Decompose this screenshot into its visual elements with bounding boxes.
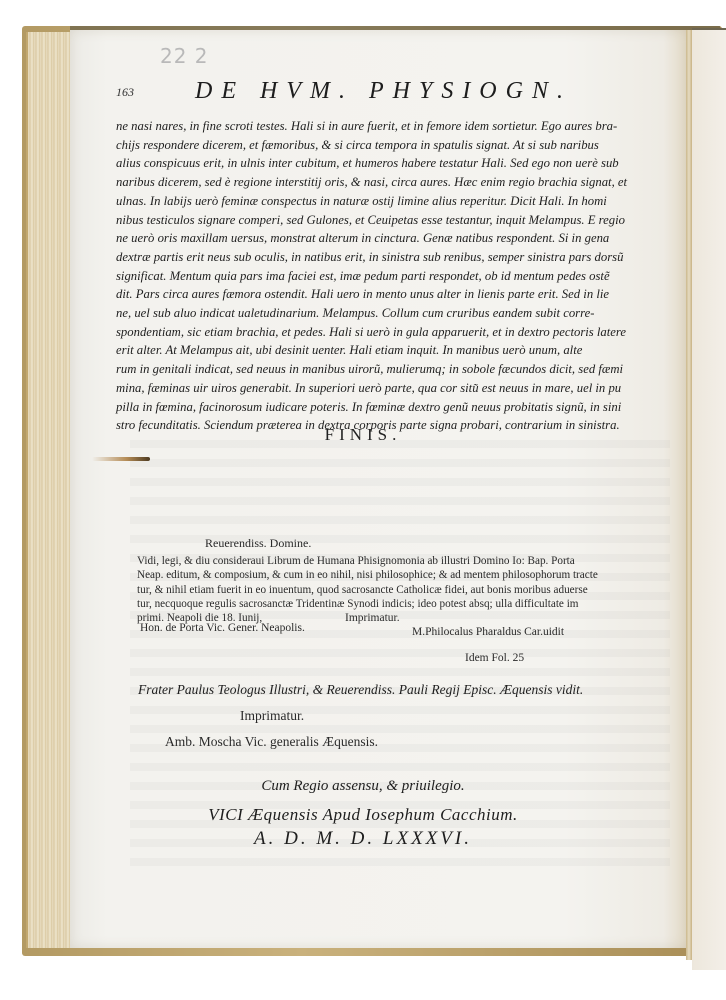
text-line: ulnas. In labijs uerò feminæ conspectus … — [116, 192, 668, 211]
approbation-line: tur, necquoque regulis sacrosanctæ Tride… — [137, 597, 667, 611]
bookmark-thread — [92, 457, 150, 461]
text-line: ne nasi nares, in fine scroti testes. Ha… — [116, 117, 668, 136]
frater-approval: Frater Paulus Teologus Illustri, & Reuer… — [138, 682, 583, 698]
text-line: rum in genitali indicat, sed neuus in ma… — [116, 360, 668, 379]
approbation-salutation: Reuerendiss. Domine. — [205, 536, 311, 551]
finis-heading: FINIS. — [0, 425, 726, 445]
text-line: naribus dicerem, sed è regione interstit… — [116, 173, 668, 192]
approbation-line: Vidi, legi, & diu consideraui Librum de … — [137, 554, 667, 568]
privilege-line: Cum Regio assensu, & priuilegio. — [0, 778, 726, 795]
text-line: ne uerò oris maxillam uersus, monstrat a… — [116, 229, 668, 248]
vicar-aequa: Amb. Moscha Vic. generalis Æquensis. — [165, 734, 378, 750]
text-line: nibus testiculos signare comperi, sed Gu… — [116, 211, 668, 230]
text-line: alius conspicuus erit, in ulnis inter cu… — [116, 154, 668, 173]
text-line: ne, uel sub aluo indicat ualetudinarium.… — [116, 304, 668, 323]
body-text: ne nasi nares, in fine scroti testes. Ha… — [116, 117, 668, 435]
text-line: significat. Mentum quia pars ima faciei … — [116, 267, 668, 286]
imprint-line: VICI Æquensis Apud Iosephum Cacchium. — [0, 805, 726, 825]
text-line: dextræ partis erit neus sub oculis, in n… — [116, 248, 668, 267]
censor-signature: M.Philocalus Pharaldus Car.uidit — [412, 626, 564, 638]
imprimatur-1: Imprimatur. — [345, 612, 400, 624]
running-head: DE HVM. PHYSIOGN. — [195, 78, 572, 105]
imprint-date: A. D. M. D. LXXXVI. — [0, 828, 726, 850]
vicar-naples: Hon. de Porta Vic. Gener. Neapolis. — [140, 622, 305, 634]
approbation-text: Vidi, legi, & diu consideraui Librum de … — [137, 554, 667, 625]
text-line: chijs respondere dicerem, et fæmoribus, … — [116, 136, 668, 155]
pencil-annotation: 22 2 — [160, 44, 209, 68]
page-number: 163 — [116, 85, 134, 100]
top-edge — [70, 26, 720, 30]
approbation-line: Neap. editum, & composium, & cum in eo n… — [137, 568, 667, 582]
idem-folio: Idem Fol. 25 — [465, 652, 524, 664]
text-line: pilla in fœmina, facinorosum iudicare po… — [116, 398, 668, 417]
text-line: dit. Pars circa aures fæmora ostendit. H… — [116, 285, 668, 304]
text-line: spondentiam, sic etiam brachia, et pedes… — [116, 323, 668, 342]
imprimatur-2: Imprimatur. — [240, 708, 304, 724]
approbation-line: tur, & nihil etiam fuerit in eo inuentum… — [137, 583, 667, 597]
text-line: mina, fæminas uir uiros generabit. In su… — [116, 379, 668, 398]
text-line: erit alter. At Melampus ait, ubi desinit… — [116, 341, 668, 360]
